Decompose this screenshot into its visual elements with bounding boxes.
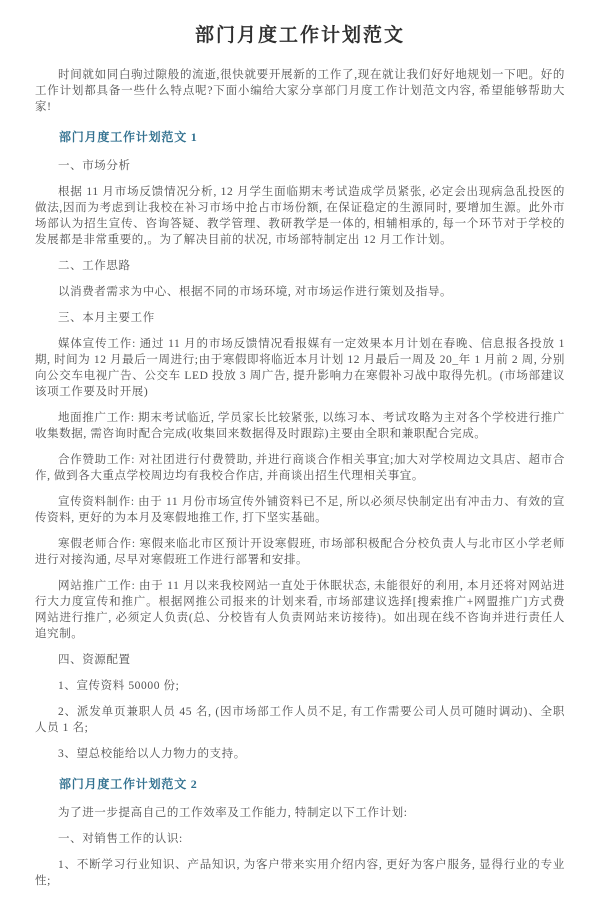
doc-paragraph: 二、工作思路 <box>35 258 565 274</box>
doc-section-heading: 部门月度工作计划范文 2 <box>35 776 565 792</box>
doc-paragraph: 三、本月主要工作 <box>35 310 565 326</box>
document-body: 时间就如同白驹过隙般的流逝,很快就要开展新的工作了,现在就让我们好好地规划一下吧… <box>35 67 565 889</box>
doc-paragraph: 1、宣传资料 50000 份; <box>35 678 565 694</box>
page-title: 部门月度工作计划范文 <box>35 20 565 47</box>
doc-paragraph: 网站推广工作: 由于 11 月以来我校网站一直处于休眠状态, 未能很好的利用, … <box>35 578 565 642</box>
doc-paragraph: 一、市场分析 <box>35 158 565 174</box>
doc-paragraph: 为了进一步提高自己的工作效率及工作能力, 特制定以下工作计划: <box>35 805 565 821</box>
doc-paragraph: 合作赞助工作: 对社团进行付费赞助, 并进行商谈合作相关事宜;加大对学校周边文具… <box>35 452 565 484</box>
doc-paragraph: 以消费者需求为中心、根据不同的市场环境, 对市场运作进行策划及指导。 <box>35 284 565 300</box>
doc-paragraph: 宣传资料制作: 由于 11 月份市场宣传外铺资料已不足, 所以必须尽快制定出有冲… <box>35 494 565 526</box>
doc-paragraph: 四、资源配置 <box>35 652 565 668</box>
doc-paragraph: 时间就如同白驹过隙般的流逝,很快就要开展新的工作了,现在就让我们好好地规划一下吧… <box>35 67 565 115</box>
doc-section-heading: 部门月度工作计划范文 1 <box>35 129 565 145</box>
doc-paragraph: 一、对销售工作的认识: <box>35 831 565 847</box>
doc-paragraph: 3、望总校能给以人力物力的支持。 <box>35 746 565 762</box>
doc-paragraph: 媒体宣传工作: 通过 11 月的市场反馈情况看报媒有一定效果本月计划在春晚、信息… <box>35 336 565 400</box>
doc-paragraph: 根据 11 月市场反馈情况分析, 12 月学生面临期末考试造成学员紧张, 必定会… <box>35 184 565 248</box>
doc-paragraph: 寒假老师合作: 寒假来临北市区预计开设寒假班, 市场部积极配合分校负责人与北市区… <box>35 536 565 568</box>
doc-paragraph: 2、派发单页兼职人员 45 名, (因市场部工作人员不足, 有工作需要公司人员可… <box>35 704 565 736</box>
doc-paragraph: 地面推广工作: 期末考试临近, 学员家长比较紧张, 以练习本、考试攻略为主对各个… <box>35 410 565 442</box>
document-page: 部门月度工作计划范文 时间就如同白驹过隙般的流逝,很快就要开展新的工作了,现在就… <box>0 0 600 923</box>
doc-paragraph: 1、不断学习行业知识、产品知识, 为客户带来实用介绍内容, 更好为客户服务, 显… <box>35 857 565 889</box>
